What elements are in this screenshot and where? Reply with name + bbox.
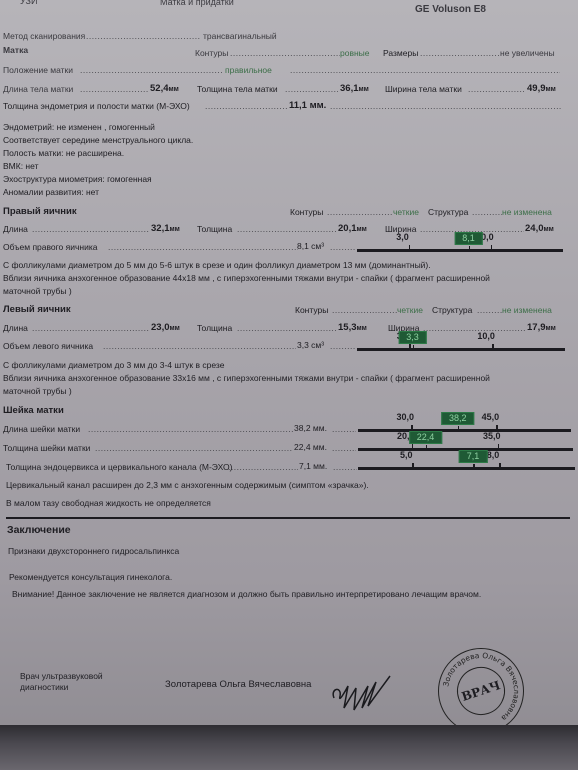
endometrium-value: 11,1 мм. [289,100,326,111]
ultrasound-report-page: УЗИ Матка и придатки GE Voluson E8 Метод… [0,0,578,770]
right-ovary-title: Правый яичник [3,206,77,217]
right-ovary-length-label: Длина [3,224,28,234]
uterus-note: ВМК: нет [3,161,38,171]
left-ovary-note: Вблизи яичника анэхогенное образование 3… [3,373,490,383]
header-section: Матка и придатки [160,0,234,7]
position-value: правильное [225,65,272,75]
uterus-size-value: не увеличены [500,48,555,58]
left-ovary-volume-gauge: 3,010,03,3 [357,331,565,353]
gauge-value-badge: 22,4 [409,431,443,444]
uterus-width-value: 49,9 [527,83,546,94]
disclaimer-text: Внимание! Данное заключение не является … [12,589,481,599]
uterus-length-label: Длина тела матки [3,84,73,94]
right-ovary-volume-value: 8,1 см³ [297,241,324,251]
position-label: Положение матки [3,65,73,75]
uterus-note: Соответствует середине менструального ци… [3,135,193,145]
gauge-value-badge: 7,1 [459,450,488,463]
gauge-value-badge: 3,3 [398,331,427,344]
uterus-length-value: 52,4 [150,83,169,94]
endometrium-label: Толщина эндометрия и полости матки (М-ЭХ… [3,101,190,111]
cervix-row-label: Толщина шейки матки [3,443,90,453]
left-ovary-thickness-label: Толщина [197,323,232,333]
conclusion-text: Признаки двухстороннего гидросальпинкса [8,546,179,556]
left-ovary-structure-label: Структура [432,305,472,315]
uterus-note: Эндометрий: не изменен , гомогенный [3,122,155,132]
uterus-note: Полость матки: не расширена. [3,148,124,158]
cervix-row-value: 22,4 мм. [294,442,327,452]
uterus-note: Эхоструктура миометрия: гомогенная [3,174,152,184]
right-ovary-length-value: 32,1 [151,223,170,234]
right-ovary-structure-label: Структура [428,207,468,217]
left-ovary-note: С фолликулами диаметром до 3 мм до 3-4 ш… [3,360,224,370]
device-name: GE Voluson E8 [415,4,486,15]
left-ovary-contours-value: четкие [397,305,423,315]
uterus-contours-label: Контуры [195,48,228,58]
uterus-size-label: Размеры [383,48,418,58]
scan-method-value: трансвагинальный [203,31,277,41]
uterus-width-label: Ширина тела матки [385,84,462,94]
header-fragment: УЗИ [20,0,37,6]
right-ovary-volume-label: Объем правого яичника [3,242,98,252]
gauge-value-badge: 8,1 [454,232,483,245]
doctor-stamp: Золотарева Ольга Вячеславовна ВРАЧ [438,648,524,734]
endocervix-gauge: 5,08,07,1 [358,450,575,472]
left-ovary-volume-value: 3,3 см³ [297,340,324,350]
cervix-title: Шейка матки [3,405,64,416]
gauge-value-badge: 38,2 [441,412,475,425]
cervix-note: В малом тазу свободная жидкость не опред… [6,498,211,508]
handwritten-signature [328,668,393,713]
cervix-note: Цервикальный канал расширен до 2,3 мм с … [6,480,369,490]
section-divider [6,517,570,519]
uterus-contours-value: ровные [340,48,370,58]
recommendation-text: Рекомендуется консультация гинеколога. [9,572,172,582]
left-ovary-length-label: Длина [3,323,28,333]
left-ovary-note: маточной трубы ) [3,386,72,396]
right-ovary-contours-value: четкие [393,207,419,217]
uterus-thickness-label: Толщина тела матки [197,84,278,94]
right-ovary-structure-value: не изменена [502,207,552,217]
cervix-row-label: Толщина эндоцервикса и цервикального кан… [6,462,232,472]
right-ovary-volume-gauge: 3,010,08,1 [357,232,563,254]
doctor-role-line1: Врач ультразвуковой [20,671,103,681]
cervix-row-label: Длина шейки матки [3,424,80,434]
right-ovary-note: Вблизи яичника анэхогенное образование 4… [3,273,490,283]
right-ovary-contours-label: Контуры [290,207,323,217]
background-surface [0,725,578,770]
left-ovary-length-value: 23,0 [151,322,170,333]
doctor-role-line2: диагностики [20,682,68,692]
scan-method-label: Метод сканирования [3,31,85,41]
right-ovary-note: маточной трубы ) [3,286,72,296]
right-ovary-note: С фолликулами диаметром до 5 мм до 5-6 ш… [3,260,431,270]
conclusion-title: Заключение [7,524,71,536]
right-ovary-thickness-label: Толщина [197,224,232,234]
left-ovary-structure-value: не изменена [502,305,552,315]
left-ovary-thickness-value: 15,3 [338,322,357,333]
uterus-note: Аномалии развития: нет [3,187,99,197]
left-ovary-volume-label: Объем левого яичника [3,341,93,351]
doctor-name: Золотарева Ольга Вячеславовна [165,679,311,690]
uterus-thickness-value: 36,1 [340,83,359,94]
left-ovary-contours-label: Контуры [295,305,328,315]
cervix-row-value: 38,2 мм. [294,423,327,433]
uterus-title: Матка [3,45,28,55]
cervix-row-value: 7,1 мм. [299,461,327,471]
left-ovary-title: Левый яичник [3,304,71,315]
right-ovary-thickness-value: 20,1 [338,223,357,234]
